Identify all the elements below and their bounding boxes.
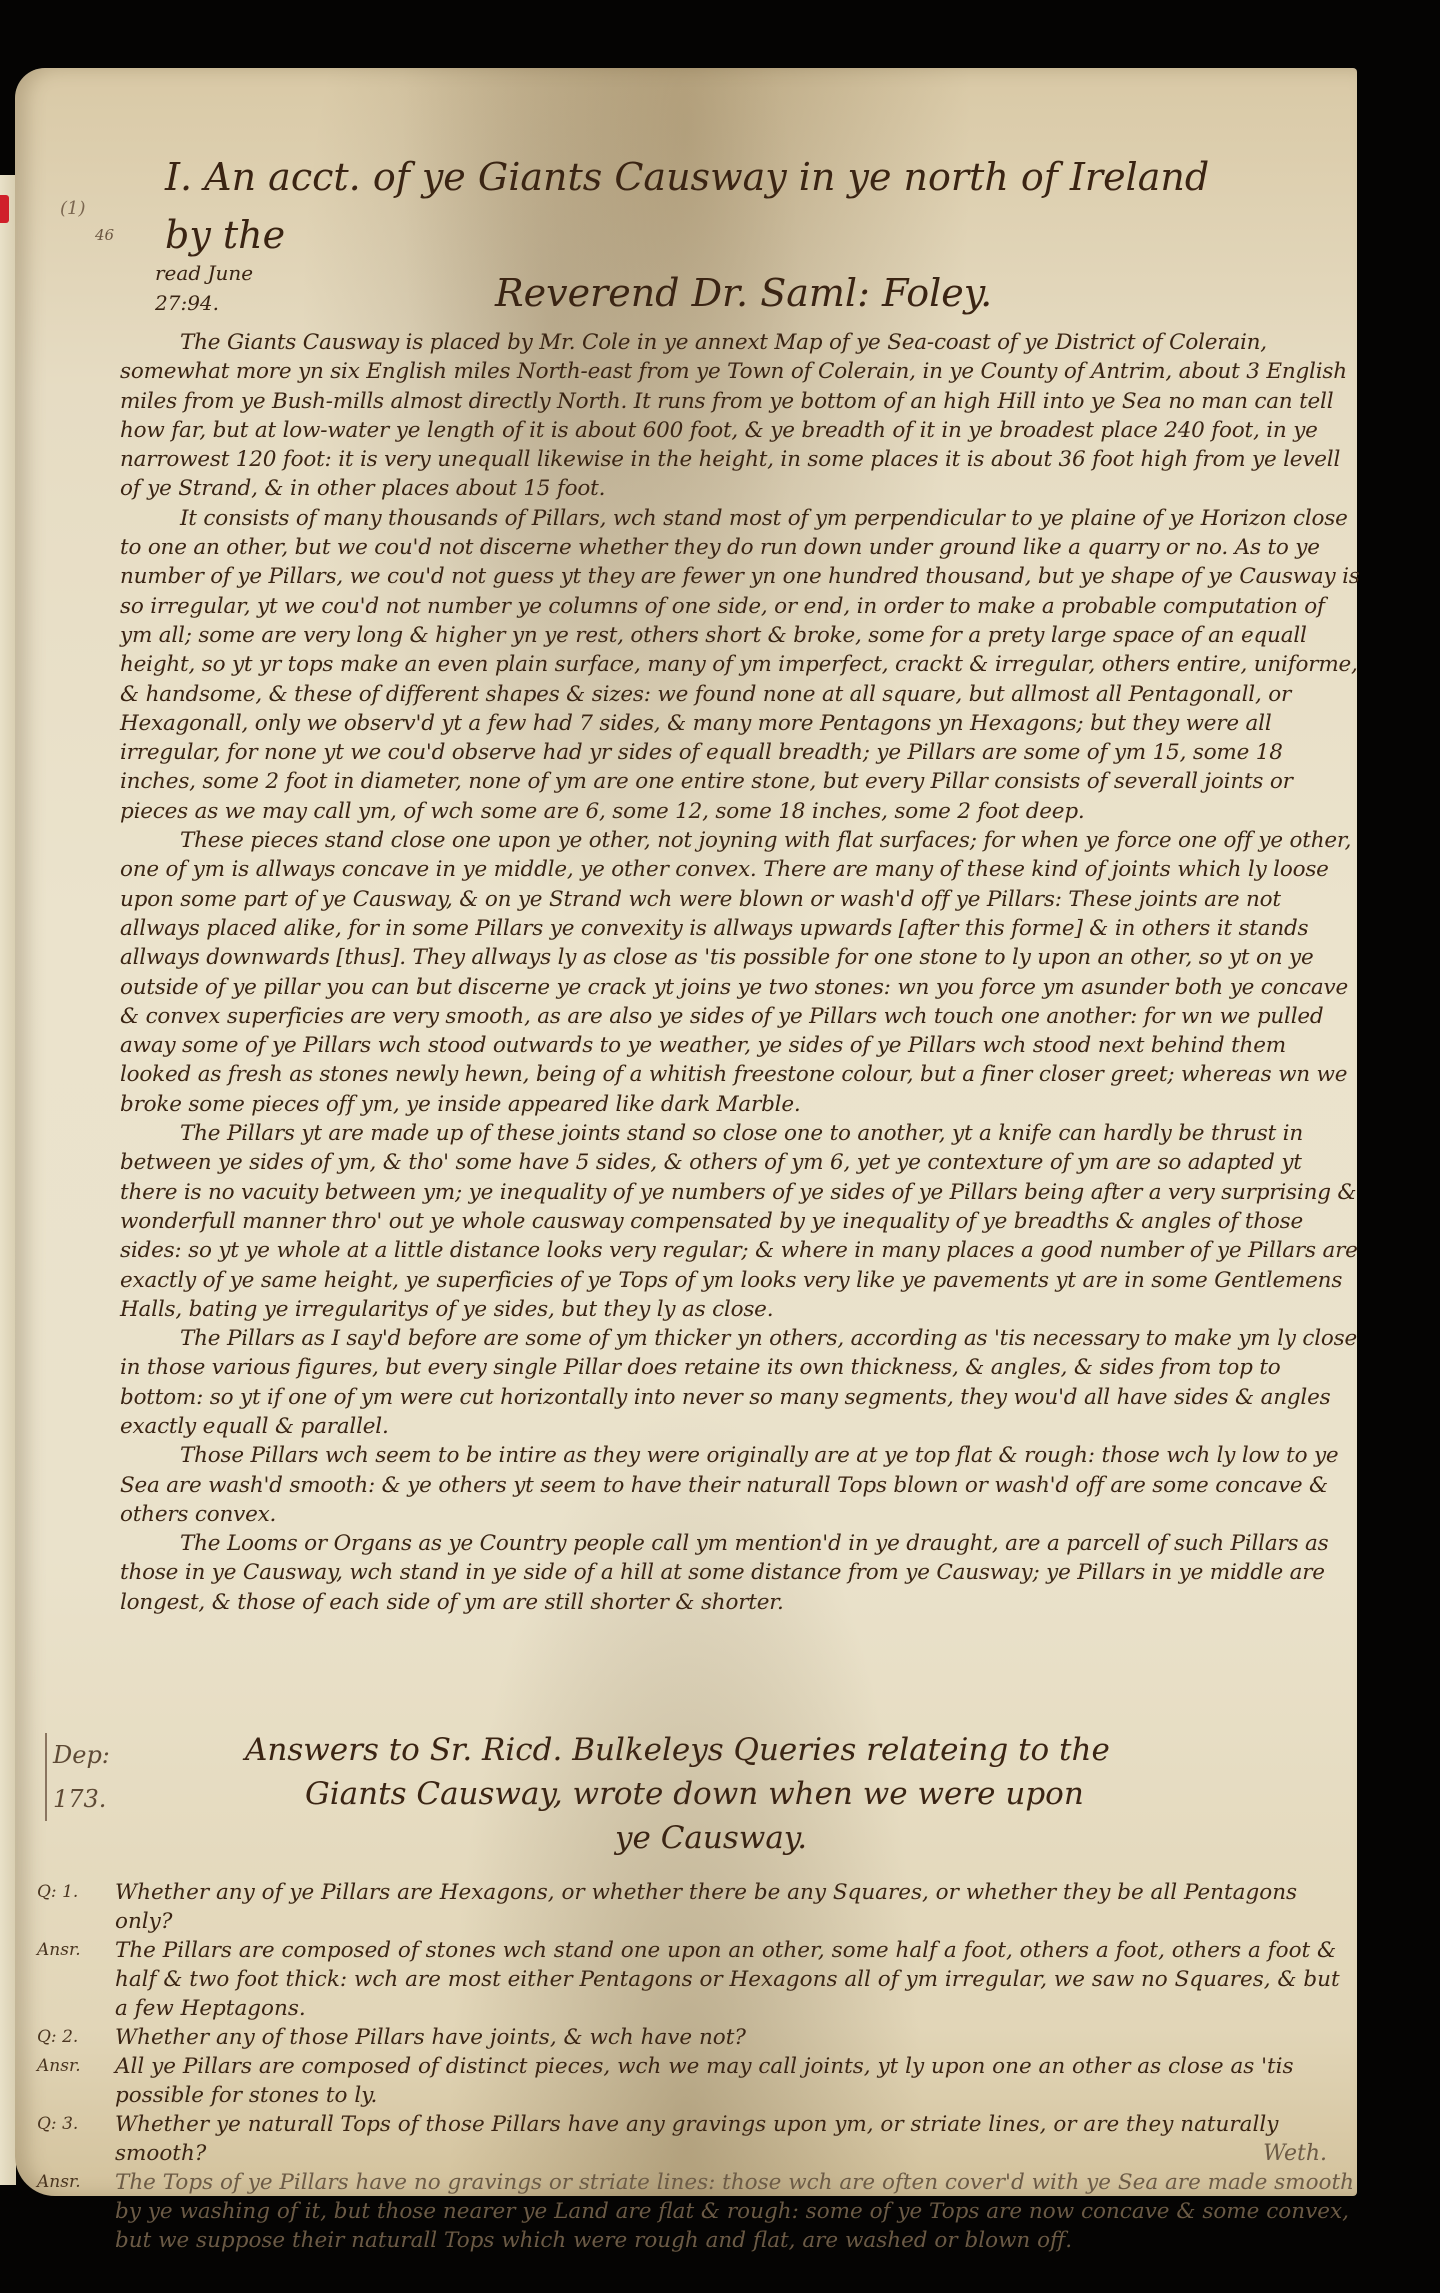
answer-text: The Pillars are composed of stones wch s… [115, 1938, 1340, 2021]
qa-list: Q: 1. Whether any of ye Pillars are Hexa… [115, 1878, 1355, 2255]
paragraph: The Giants Causway is placed by Mr. Cole… [120, 328, 1360, 504]
paragraph: The Pillars as I say'd before are some o… [120, 1324, 1360, 1441]
query-item: Q: 3. Whether ye naturall Tops of those … [115, 2110, 1355, 2168]
manuscript-page: (1) 46 I. An acct. of ye Giants Causway … [15, 68, 1357, 2196]
answer-text: All ye Pillars are composed of distinct … [115, 2054, 1294, 2108]
folio-number: (1) [60, 198, 86, 219]
paragraph: Those Pillars wch seem to be intire as t… [120, 1441, 1360, 1529]
read-date-note: read June 27:94. [155, 258, 253, 318]
dep-ref-line-1: Dep: [53, 1733, 110, 1777]
query-text: Whether ye naturall Tops of those Pillar… [115, 2112, 1278, 2166]
deposit-reference: Dep: 173. [45, 1733, 110, 1821]
signature: Weth. [1263, 2141, 1327, 2166]
book-spine-edge [0, 175, 16, 2185]
query-label: Q: 1. [37, 1878, 78, 1907]
paragraph: The Looms or Organs as ye Country people… [120, 1529, 1360, 1617]
query-text: Whether any of those Pillars have joints… [115, 2025, 746, 2050]
query-text: Whether any of ye Pillars are Hexagons, … [115, 1880, 1297, 1934]
answer-item: Ansr. The Pillars are composed of stones… [115, 1936, 1355, 2023]
paragraph: These pieces stand close one upon ye oth… [120, 826, 1360, 1119]
answers-title-line-2: Giants Causway, wrote down when we were … [245, 1772, 1145, 1816]
answer-label: Ansr. [37, 2168, 81, 2197]
answer-text: The Tops of ye Pillars have no gravings … [115, 2170, 1354, 2253]
title-line-2: Reverend Dr. Saml: Foley. [165, 264, 1265, 322]
answer-label: Ansr. [37, 1936, 81, 1965]
query-label: Q: 3. [37, 2110, 78, 2139]
answers-title: Answers to Sr. Ricd. Bulkeleys Queries r… [245, 1728, 1145, 1860]
answers-title-line-3: ye Causway. [245, 1816, 1145, 1860]
read-note-line-1: read June [155, 258, 253, 288]
answer-item: Ansr. All ye Pillars are composed of dis… [115, 2052, 1355, 2110]
read-note-line-2: 27:94. [155, 288, 253, 318]
answer-label: Ansr. [37, 2052, 81, 2081]
document-title: I. An acct. of ye Giants Causway in ye n… [165, 148, 1265, 322]
title-line-1: I. An acct. of ye Giants Causway in ye n… [165, 155, 1209, 257]
paragraph: It consists of many thousands of Pillars… [120, 504, 1360, 826]
query-item: Q: 2. Whether any of those Pillars have … [115, 2023, 1355, 2052]
red-marker-tab [0, 195, 9, 223]
answer-item: Ansr. The Tops of ye Pillars have no gra… [115, 2168, 1355, 2255]
page-number: 46 [95, 226, 114, 244]
paragraph: The Pillars yt are made up of these join… [120, 1119, 1360, 1324]
dep-ref-line-2: 173. [53, 1777, 110, 1821]
document-body: The Giants Causway is placed by Mr. Cole… [120, 328, 1360, 1617]
query-item: Q: 1. Whether any of ye Pillars are Hexa… [115, 1878, 1355, 1936]
answers-title-line-1: Answers to Sr. Ricd. Bulkeleys Queries r… [245, 1732, 1110, 1768]
query-label: Q: 2. [37, 2023, 78, 2052]
